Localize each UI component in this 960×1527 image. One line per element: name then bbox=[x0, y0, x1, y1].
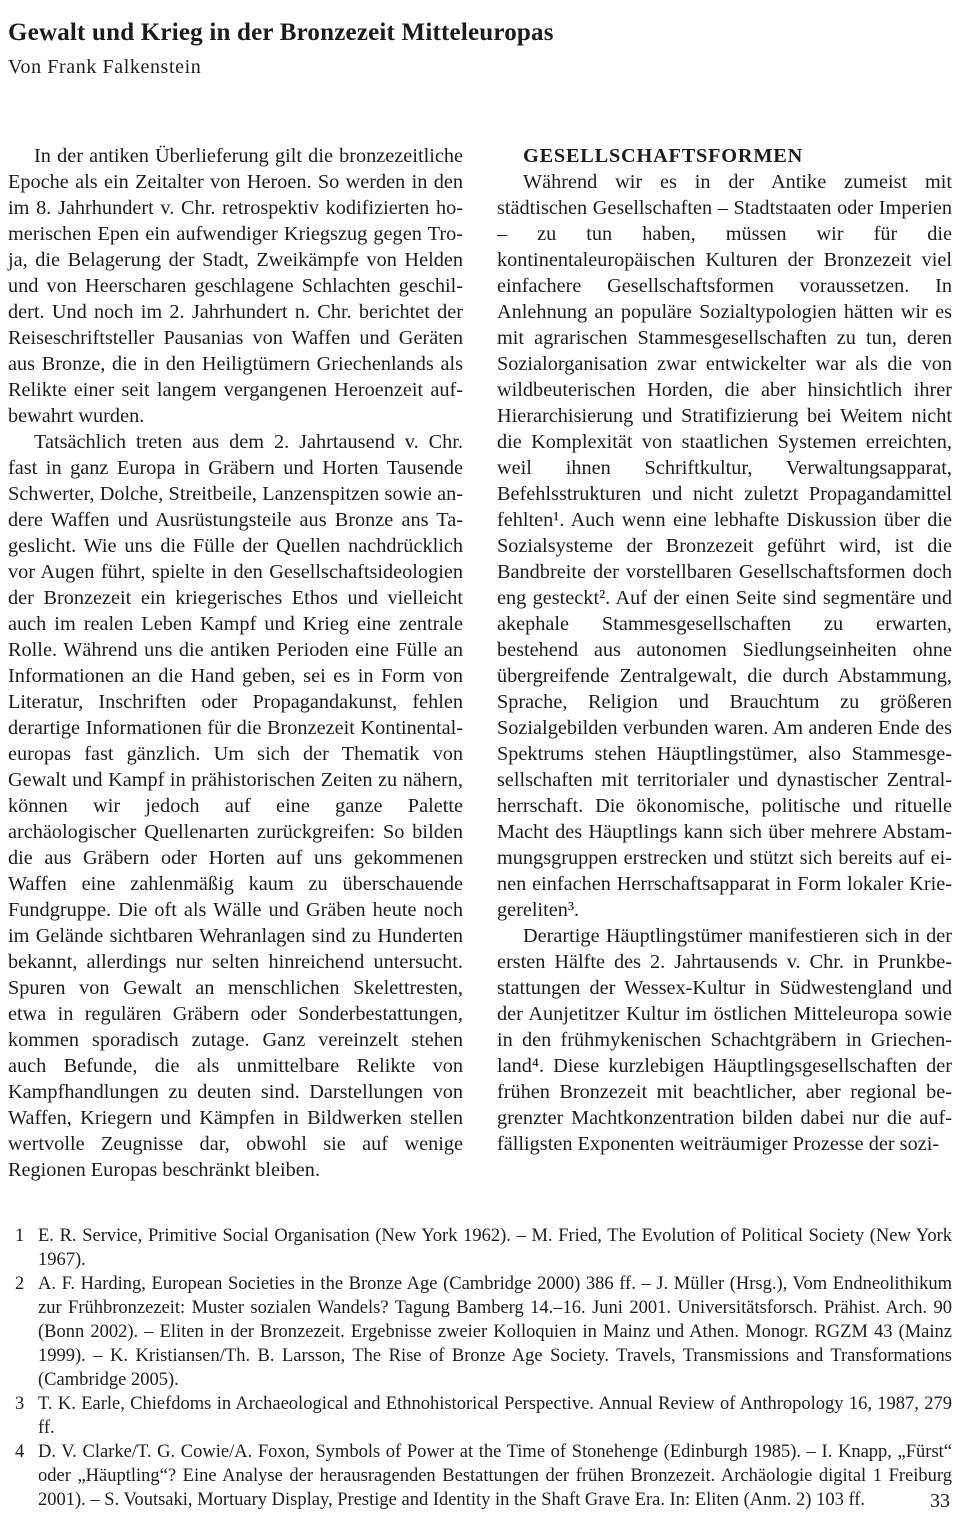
footnote-text: A. F. Harding, European Societies in the… bbox=[38, 1272, 952, 1392]
page-number: 33 bbox=[930, 1490, 950, 1513]
footnote-row: 1 E. R. Service, Primitive Social Organi… bbox=[8, 1224, 952, 1272]
article-title: Gewalt und Krieg in der Bronzezeit Mitte… bbox=[8, 19, 952, 47]
footnote-row: 4 D. V. Clarke/T. G. Cowie/A. Foxon, Sym… bbox=[8, 1440, 952, 1512]
body-columns: In der antiken Überlieferung gilt die br… bbox=[8, 143, 952, 1183]
footnote-number: 4 bbox=[8, 1440, 38, 1512]
author-line: Von Frank Falkenstein bbox=[8, 56, 952, 79]
footnotes-section: 1 E. R. Service, Primitive Social Organi… bbox=[8, 1224, 952, 1512]
footnote-number: 3 bbox=[8, 1392, 38, 1440]
right-column: GESELLSCHAFTSFORMEN Während wir es in de… bbox=[497, 143, 952, 1183]
footnote-row: 3 T. K. Earle, Chiefdoms in Archaeologic… bbox=[8, 1392, 952, 1440]
left-paragraph-2: Tatsächlich treten aus dem 2. Jahrtausen… bbox=[8, 429, 463, 1183]
right-paragraph-2: Derartige Häuptlingstümer manifestieren … bbox=[497, 923, 952, 1157]
left-paragraph-1: In der antiken Überlieferung gilt die br… bbox=[8, 143, 463, 429]
footnote-number: 1 bbox=[8, 1224, 38, 1272]
footnote-row: 2 A. F. Harding, European Societies in t… bbox=[8, 1272, 952, 1392]
footnote-number: 2 bbox=[8, 1272, 38, 1392]
right-paragraph-1: Während wir es in der Antike zumeist mit… bbox=[497, 169, 952, 923]
footnote-text: E. R. Service, Primitive Social Organisa… bbox=[38, 1224, 952, 1272]
document-page: Gewalt und Krieg in der Bronzezeit Mitte… bbox=[0, 0, 960, 1527]
footnote-text: D. V. Clarke/T. G. Cowie/A. Foxon, Symbo… bbox=[38, 1440, 952, 1512]
left-column: In der antiken Überlieferung gilt die br… bbox=[8, 143, 463, 1183]
section-heading-gesellschaftsformen: GESELLSCHAFTSFORMEN bbox=[497, 143, 952, 169]
footnote-text: T. K. Earle, Chiefdoms in Archaeological… bbox=[38, 1392, 952, 1440]
